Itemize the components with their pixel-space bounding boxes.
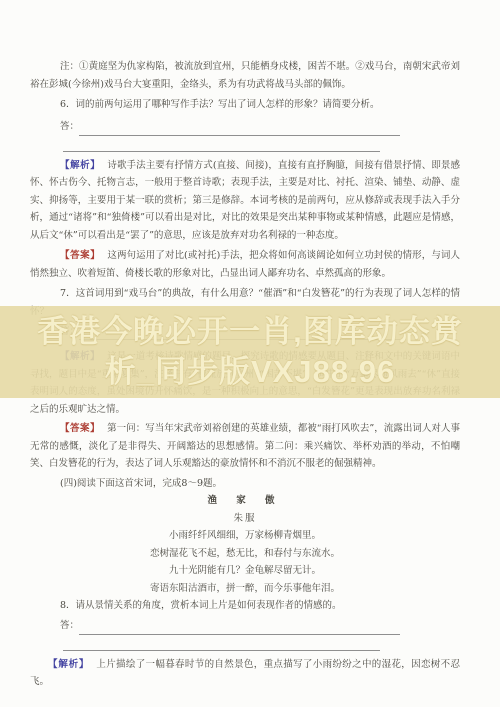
answer-underline bbox=[79, 121, 400, 136]
answer-paragraph-2: 【答案】第一问：写当年宋武帝刘裕创建的英雄业绩，都被“雨打风吹去”，流露出词人对… bbox=[30, 420, 460, 473]
question-8: 8．请从景情关系的角度，赏析本词上片是如何表现作者的情感的。 bbox=[30, 597, 460, 615]
answer-blank-q6: 答： bbox=[30, 116, 460, 136]
answer-underline-2 bbox=[63, 635, 380, 651]
poem-line: 恋树湿花飞不起，愁无比，和春付与东流水。 bbox=[30, 545, 460, 563]
poem-line: 小雨纤纤风细细，万家杨柳青烟里。 bbox=[30, 527, 460, 545]
analysis-text: 诗歌手法主要有抒情方式(直接、间接)，直接有直抒胸臆，间接有借景抒情、即景感怀、… bbox=[30, 160, 460, 241]
answer-blank-q8: 答： bbox=[30, 615, 460, 635]
question-6: 6．词的前两句运用了哪种写作手法？写出了词人怎样的形象？请简要分析。 bbox=[30, 96, 460, 114]
watermark-text-line2: 析_同步版VXJ88.96 bbox=[105, 352, 395, 392]
reply-label: 答： bbox=[60, 118, 79, 136]
answer-underline bbox=[79, 620, 400, 635]
poem-line: 九十光阴能有几？金龟解尽留无计。 bbox=[30, 562, 460, 580]
section-4-heading: (四)阅读下面这首宋词，完成8～9题。 bbox=[30, 475, 460, 493]
reply-label: 答： bbox=[60, 617, 79, 635]
poem-line: 寄语东阳沽酒市，拼一醉，而今乐事他年泪。 bbox=[30, 580, 460, 598]
poem-title: 渔 家 傲 bbox=[30, 492, 460, 510]
analysis-label: 【解析】 bbox=[48, 659, 89, 670]
analysis-paragraph-1: 【解析】诗歌手法主要有抒情方式(直接、间接)，直接有直抒胸臆，间接有借景抒情、即… bbox=[30, 157, 460, 245]
watermark-band: 香港今晚必开一肖,图库动态赏 析_同步版VXJ88.96 bbox=[0, 306, 500, 398]
note-paragraph: 注：①黄庭坚为仇家构陷，被流放到宜州，只能栖身戍楼，困苦不堪。②戏马台，南朝宋武… bbox=[30, 58, 460, 93]
poem-author: 朱服 bbox=[30, 510, 460, 528]
analysis-text: 上片描绘了一幅暮春时节的自然景色，重点描写了小雨纷纷之中的湿花，因恋树不忍飞。 bbox=[30, 659, 460, 688]
poem: 渔 家 傲 朱服 小雨纤纤风细细，万家杨柳青烟里。 恋树湿花飞不起，愁无比，和春… bbox=[30, 492, 460, 597]
answer-underline-2 bbox=[63, 136, 380, 152]
analysis-label: 【解析】 bbox=[60, 160, 100, 171]
analysis-paragraph-3: 【解析】上片描绘了一幅暮春时节的自然景色，重点描写了小雨纷纷之中的湿花，因恋树不… bbox=[30, 656, 460, 691]
answer-paragraph-1: 【答案】这两句运用了对比(或衬托)手法，把众将如何高谈阔论如何立功封侯的情形，与… bbox=[30, 247, 460, 282]
answer-label: 【答案】 bbox=[60, 423, 100, 434]
document-page: 注：①黄庭坚为仇家构陷，被流放到宜州，只能栖身戍楼，困苦不堪。②戏马台，南朝宋武… bbox=[0, 0, 500, 707]
watermark-text-line1: 香港今晚必开一肖,图库动态赏 bbox=[37, 312, 463, 352]
answer-label: 【答案】 bbox=[60, 250, 100, 261]
